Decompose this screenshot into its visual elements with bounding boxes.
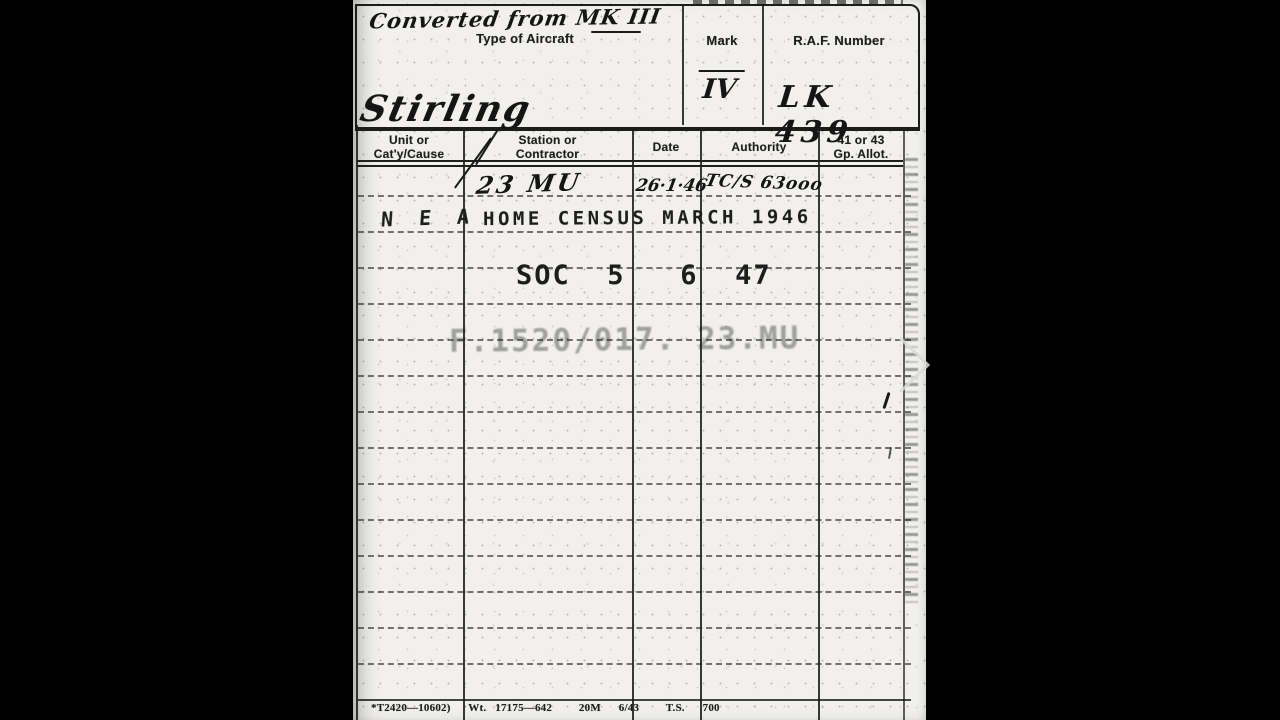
soc-stamp: SOC 5 6 47 [516,260,772,291]
header-rule-upper [357,160,903,162]
letterbox-left [0,0,353,720]
pen-tick-mark-1 [882,392,890,409]
dashed-row-line [358,519,911,521]
raf-number-label: R.A.F. Number [769,33,909,48]
column-header-unit: Unit or Cat'y/Cause [357,133,461,161]
column-header-unit-line2: Cat'y/Cause [374,147,444,161]
reference-stamp: F.1520/017. 23.MU [449,320,801,360]
dashed-row-line [358,411,911,413]
dashed-row-line [358,663,911,665]
dashed-row-line [358,447,911,449]
dashed-row-line [358,591,911,593]
type-of-aircraft-label: Type of Aircraft [415,31,635,46]
dashed-row-line [358,555,911,557]
dashed-row-line [358,627,911,629]
dashed-row-line [358,231,911,233]
raf-column-line [762,6,764,125]
column-header-allot: 41 or 43 Gp. Allot. [819,133,903,161]
dashed-row-line [358,303,911,305]
mark-value: IV [695,70,744,105]
entry-authority-value: TC/S 63ooo [703,171,825,195]
dashed-row-line [358,483,911,485]
column-header-allot-line1: 41 or 43 [838,133,885,147]
converted-annotation: Converted from MK III [368,3,663,33]
entry-date-value: 26·1·46 [634,176,709,196]
mark-column-line [682,6,684,125]
dashed-row-line [358,375,911,377]
letterbox-right [926,0,1280,720]
footer-print-code: *T2420—10602) Wt. 17175—642 20M 6/43 T.S… [371,702,720,714]
column-header-date: Date [633,140,699,154]
table-left-border [356,125,358,720]
aircraft-type-value: Stirling [357,88,536,130]
entry-unit-stamp: N E A [380,204,477,231]
column-header-allot-line2: Gp. Allot. [834,147,889,161]
mark-label: Mark [687,33,757,48]
next-arrow-icon[interactable] [892,332,936,396]
bottom-row-line [358,699,911,701]
pen-tick-mark-2 [888,447,892,459]
table-column-line-4 [818,128,820,720]
home-census-stamp: HOME CENSUS MARCH 1946 [483,206,812,230]
column-header-station-line2: Contractor [516,147,579,161]
scanned-record-card: Converted from MK III Type of Aircraft M… [353,0,926,720]
header-rule-lower [357,165,903,167]
column-header-unit-line1: Unit or [389,133,429,147]
column-header-station-line1: Station or [519,133,577,147]
column-header-authority: Authority [701,140,817,154]
entry-station-value: 23 MU [474,167,584,200]
